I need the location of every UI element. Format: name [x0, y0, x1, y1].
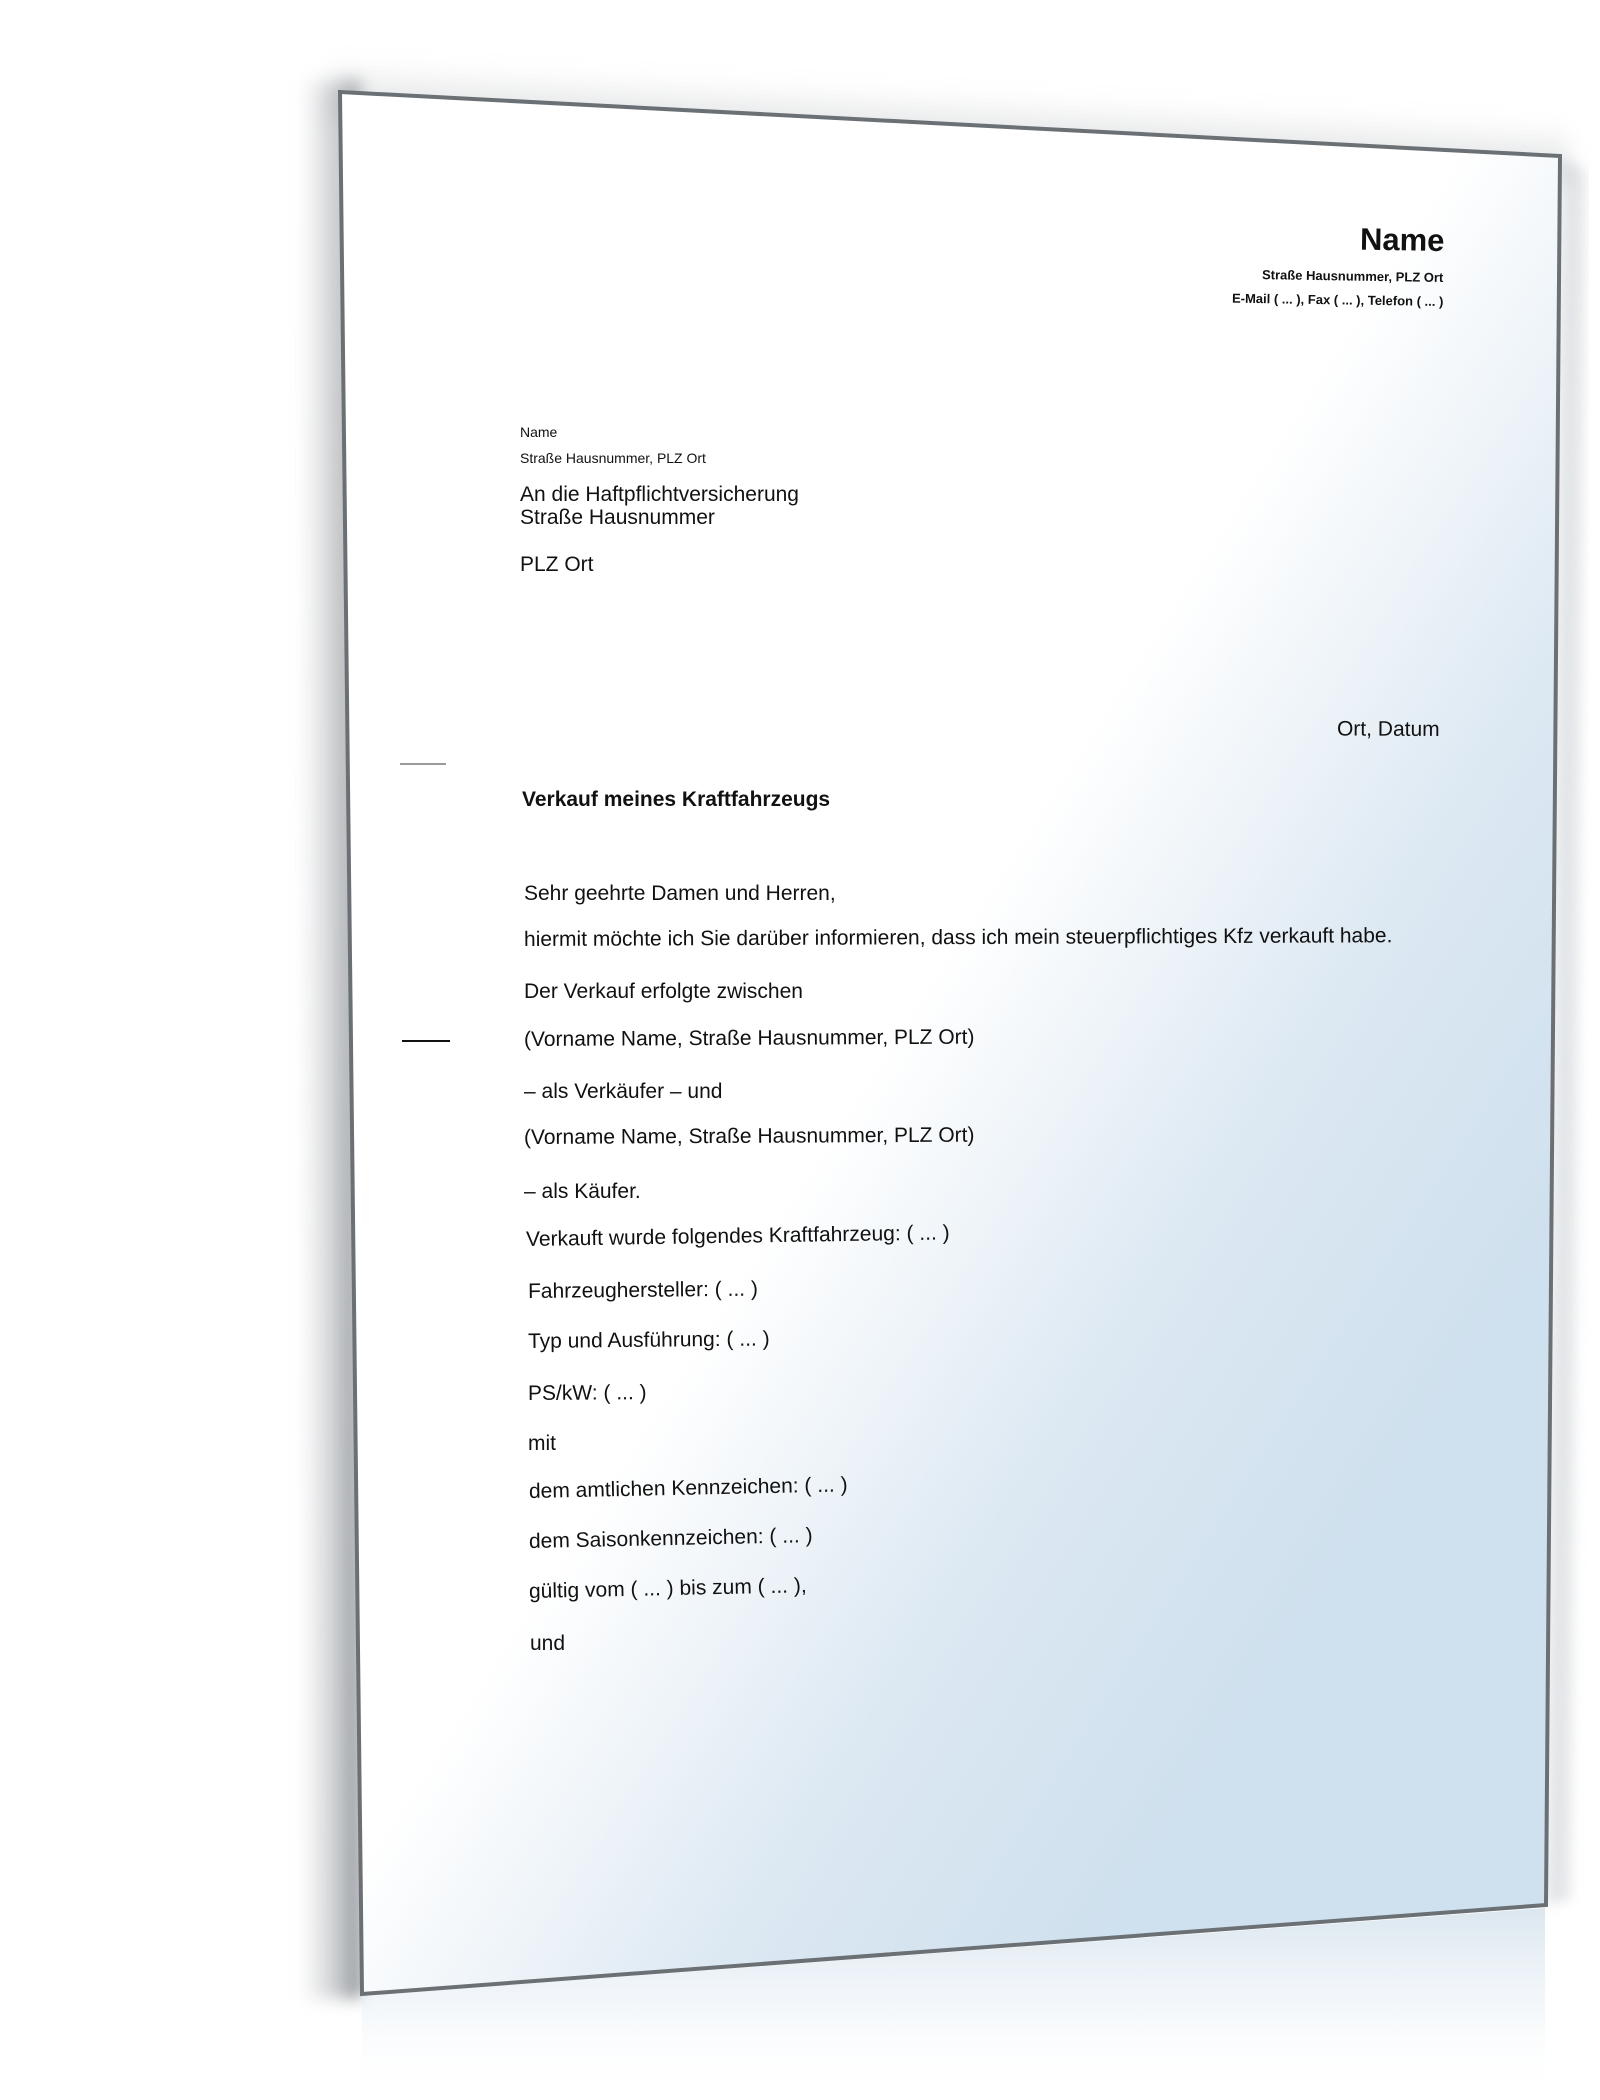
body-line: (Vorname Name, Straße Hausnummer, PLZ Or…	[524, 1124, 975, 1150]
body-line: Der Verkauf erfolgte zwischen	[524, 980, 803, 1004]
sender-name: Name	[1359, 222, 1444, 259]
body-line: und	[530, 1632, 565, 1656]
vehicle-type: Typ und Ausführung: ( ... )	[528, 1327, 770, 1354]
body-line: – als Verkäufer – und	[524, 1080, 722, 1104]
body-line: – als Käufer.	[524, 1180, 641, 1204]
return-address-name: Name	[520, 424, 557, 440]
sender-address: Straße Hausnummer, PLZ Ort	[1262, 267, 1444, 285]
place-date: Ort, Datum	[1337, 717, 1440, 742]
vehicle-manufacturer: Fahrzeughersteller: ( ... )	[528, 1278, 758, 1304]
salutation: Sehr geehrte Damen und Herren,	[524, 882, 836, 906]
fold-mark-top	[400, 763, 446, 765]
body-line: (Vorname Name, Straße Hausnummer, PLZ Or…	[524, 1026, 975, 1052]
fold-mark-middle	[402, 1040, 450, 1042]
return-address-street: Straße Hausnummer, PLZ Ort	[520, 450, 706, 466]
body-line: mit	[528, 1432, 556, 1456]
vehicle-power: PS/kW: ( ... )	[528, 1381, 647, 1406]
body-line: hiermit möchte ich Sie darüber informier…	[524, 924, 1393, 952]
recipient-line-2: Straße Hausnummer	[520, 506, 715, 529]
recipient-line-1: An die Haftpflichtversicherung	[520, 483, 799, 506]
recipient-line-3: PLZ Ort	[520, 553, 594, 576]
subject-line: Verkauf meines Kraftfahrzeugs	[522, 788, 830, 812]
